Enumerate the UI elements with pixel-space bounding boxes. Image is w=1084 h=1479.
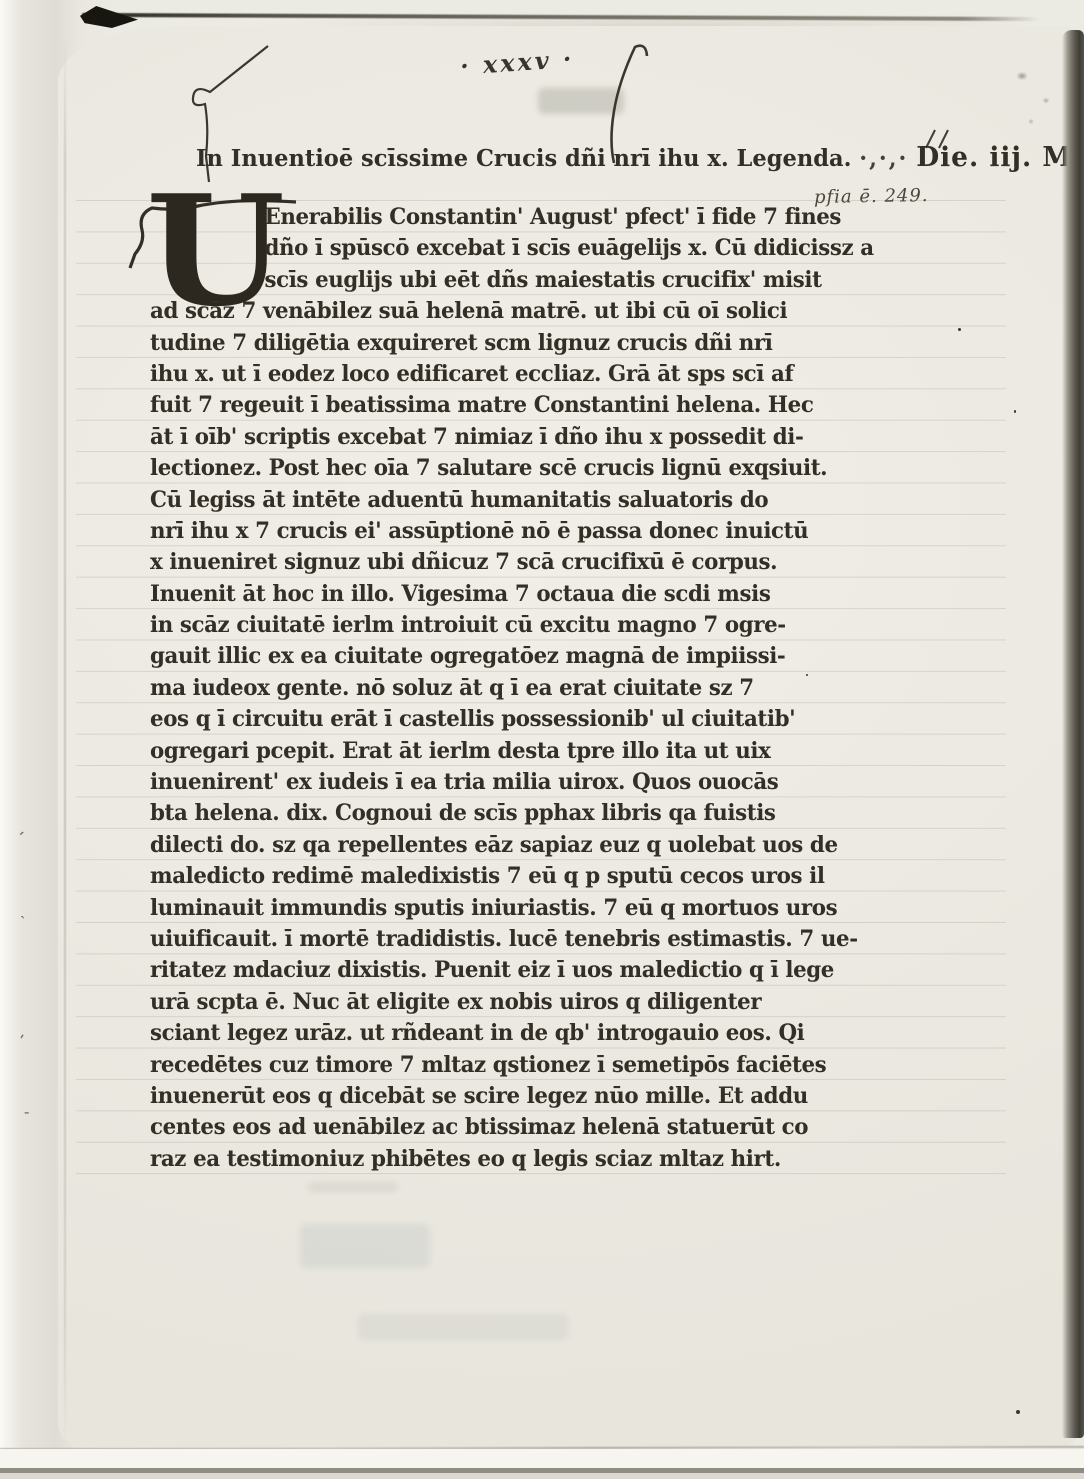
speck xyxy=(806,674,808,676)
text-line: uiuificauit. ī mortē tradidistis. lucē t… xyxy=(150,924,868,955)
text-line: ihu x. ut ī eodez loco edificaret ecclia… xyxy=(150,359,868,390)
show-through-mark xyxy=(300,1224,430,1268)
page-fold-line xyxy=(64,40,66,1440)
rubric-line: In Inuentioē scīssime Crucis dñi nrī ihu… xyxy=(196,142,1039,173)
text-line: inuenirent' ex iudeis ī ea tria milia ui… xyxy=(150,767,868,798)
text-lines: Enerabilis Constantin' August' pfect' ī … xyxy=(150,202,890,1175)
text-line: raz ea testimoniuz phibētes eo q legis s… xyxy=(150,1144,868,1175)
margin-mark: ʹ xyxy=(10,829,26,846)
rubric-filler: ·,·,· xyxy=(859,145,908,172)
manuscript-page: · xxxv · In Inuentioē scīssime Crucis dñ… xyxy=(58,26,1080,1447)
text-line: sciant legez urāz. ut rñdeant in de qb' … xyxy=(150,1018,868,1049)
text-line: eos q ī circuitu erāt ī castellis posses… xyxy=(150,704,868,735)
margin-mark: ˏ xyxy=(20,900,25,920)
manuscript-photo: · xxxv · In Inuentioē scīssime Crucis dñ… xyxy=(0,0,1084,1479)
rubric-date: Die. iij. Maij. xyxy=(916,142,1084,173)
folio-number: · xxxv · xyxy=(459,36,680,80)
text-line: dño ī spūscō excebat ī scīs euāgelijs x.… xyxy=(150,233,868,264)
text-line: fuit 7 regeuit ī beatissima matre Consta… xyxy=(150,390,868,421)
text-line: tudine 7 diligētia exquireret scm lignuz… xyxy=(150,328,868,359)
photo-bottom-margin xyxy=(0,1473,1084,1479)
speck xyxy=(1014,410,1016,413)
text-line: inuenerūt eos q dicebāt se scire legez n… xyxy=(150,1081,868,1112)
text-line: in scāz ciuitatē ierlm introiuit cū exci… xyxy=(150,610,868,641)
text-line: scīs euglijs ubi eēt dñs maiestatis cruc… xyxy=(150,265,868,296)
text-line: centes eos ad uenābilez ac btissimaz hel… xyxy=(150,1112,868,1143)
text-line: ad scāz 7 venābilez suā helenā matrē. ut… xyxy=(150,296,868,327)
text-line: gauit illic ex ea ciuitate ogregatōez ma… xyxy=(150,641,868,672)
margin-mark: ʹ xyxy=(15,1032,26,1051)
show-through-mark xyxy=(538,88,624,114)
text-line: Cū legiss āt intēte aduentū humanitatis … xyxy=(150,485,868,516)
text-line: dilecti do. sz qa repellentes eāz sapiaz… xyxy=(150,830,868,861)
speck xyxy=(958,328,961,331)
text-line: nrī ihu x 7 crucis ei' assūptionē nō ē p… xyxy=(150,516,868,547)
photo-bottom-strip xyxy=(0,1449,1084,1470)
text-line: āt ī oīb' scriptis excebat 7 nimiaz ī dñ… xyxy=(150,422,868,453)
foxing-specks xyxy=(1004,62,1064,132)
text-line: x inueniret signuz ubi dñicuz 7 scā cruc… xyxy=(150,547,868,578)
text-line: lectionez. Post hec oīa 7 salutare scē c… xyxy=(150,453,868,484)
show-through-mark xyxy=(358,1314,568,1340)
text-line: Inuenit āt hoc in illo. Vigesima 7 octau… xyxy=(150,579,868,610)
show-through-mark xyxy=(308,1182,398,1192)
margin-mark: ‐ xyxy=(24,1102,29,1121)
text-line: ma iudeox gente. nō soluz āt q ī ea erat… xyxy=(150,673,868,704)
text-line: urā scpta ē. Nuc āt eligite ex nobis uir… xyxy=(150,987,868,1018)
text-line: maledicto redimē maledixistis 7 eū q p s… xyxy=(150,861,868,892)
speck xyxy=(1016,1410,1020,1414)
text-line: ritatez mdaciuz dixistis. Puenit eiz ī u… xyxy=(150,955,868,986)
text-line: luminauit immundis sputis iniuriastis. 7… xyxy=(150,893,868,924)
text-line: ogregari pcepit. Erat āt ierlm desta tpr… xyxy=(150,736,868,767)
rubric-text: In Inuentioē scīssime Crucis dñi nrī ihu… xyxy=(196,145,851,172)
text-line: recedētes cuz timore 7 mltaz qstionez ī … xyxy=(150,1050,868,1081)
page-right-edge xyxy=(1062,30,1084,1438)
text-line: bta helena. dix. Cognoui de scīs pphax l… xyxy=(150,798,868,829)
text-line: Enerabilis Constantin' August' pfect' ī … xyxy=(150,202,868,233)
